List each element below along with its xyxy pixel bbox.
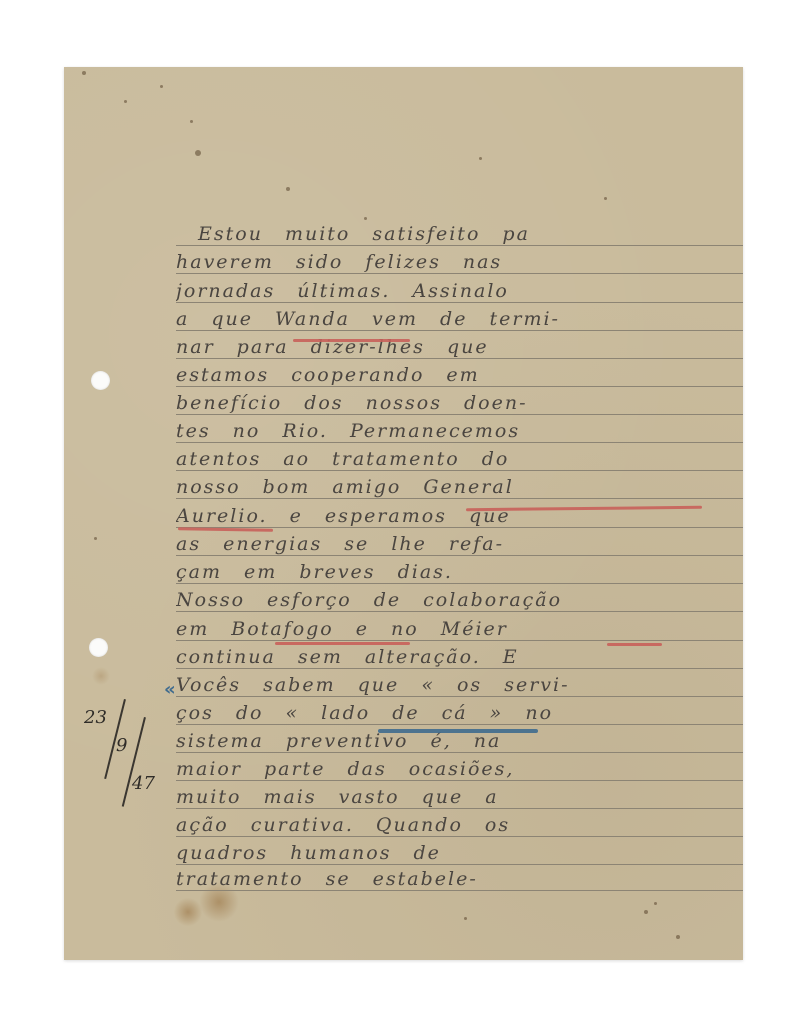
text-line-18: ços do « lado de cá » no xyxy=(176,700,737,726)
text-line-16: continua sem alteração. E xyxy=(176,644,737,670)
text-line-5: nar para dizer-lhes que xyxy=(176,334,737,360)
paper-speck xyxy=(644,910,648,914)
text-line-15: em Botafogo e no Méier xyxy=(176,616,737,642)
hole-punch-top xyxy=(91,371,110,390)
text-line-17: Vocês sabem que « os servi- xyxy=(176,672,737,698)
text-line-14: Nosso esforço de colaboração xyxy=(176,587,737,613)
paper-speck xyxy=(364,217,367,220)
paper-speck xyxy=(124,100,127,103)
paper-speck xyxy=(676,935,680,939)
paper-speck xyxy=(464,917,467,920)
paper-speck xyxy=(82,71,86,75)
date-day: 23 xyxy=(84,707,107,728)
paper-speck xyxy=(654,902,657,905)
paper-speck xyxy=(604,197,607,200)
margin-date: 23 9 47 xyxy=(84,707,174,837)
text-line-22: ação curativa. Quando os xyxy=(176,812,737,838)
paper-speck xyxy=(479,157,482,160)
date-year: 47 xyxy=(132,773,155,794)
paper-speck xyxy=(190,120,193,123)
text-line-20: maior parte das ocasiões, xyxy=(176,756,737,782)
red-underline-botafogo xyxy=(275,642,410,645)
blue-underline-lado-de-ca xyxy=(378,729,538,733)
paper-speck xyxy=(195,150,201,156)
paper-speck xyxy=(94,537,97,540)
hole-punch-bottom xyxy=(89,638,108,657)
text-line-8: tes no Rio. Permanecemos xyxy=(176,418,737,444)
paper-stain xyxy=(92,667,110,685)
text-line-21: muito mais vasto que a xyxy=(176,784,737,810)
paper-speck xyxy=(160,85,163,88)
text-line-4: a que Wanda vem de termi- xyxy=(176,306,737,332)
text-line-10: nosso bom amigo General xyxy=(176,474,737,500)
text-line-3: jornadas últimas. Assinalo xyxy=(176,278,737,304)
text-line-1: Estou muito satisfeito pa xyxy=(176,221,737,247)
text-line-24: tratamento se estabele- xyxy=(176,866,737,892)
text-line-12: as energias se lhe refa- xyxy=(176,531,737,557)
text-line-9: atentos ao tratamento do xyxy=(176,446,737,472)
date-month: 9 xyxy=(116,735,127,756)
text-line-2: haverem sido felizes nas xyxy=(176,249,737,275)
text-line-6: estamos cooperando em xyxy=(176,362,737,388)
text-line-13: çam em breves dias. xyxy=(176,559,737,585)
text-line-7: benefício dos nossos doen- xyxy=(176,390,737,416)
paper-stain xyxy=(174,897,202,927)
red-underline-meier xyxy=(607,643,662,646)
red-underline-wanda xyxy=(293,339,410,342)
paper-speck xyxy=(286,187,290,191)
letter-page: Estou muito satisfeito pa haverem sido f… xyxy=(64,67,743,960)
blue-quote-mark-icon: « xyxy=(164,679,173,700)
text-line-23: quadros humanos de xyxy=(176,840,737,866)
